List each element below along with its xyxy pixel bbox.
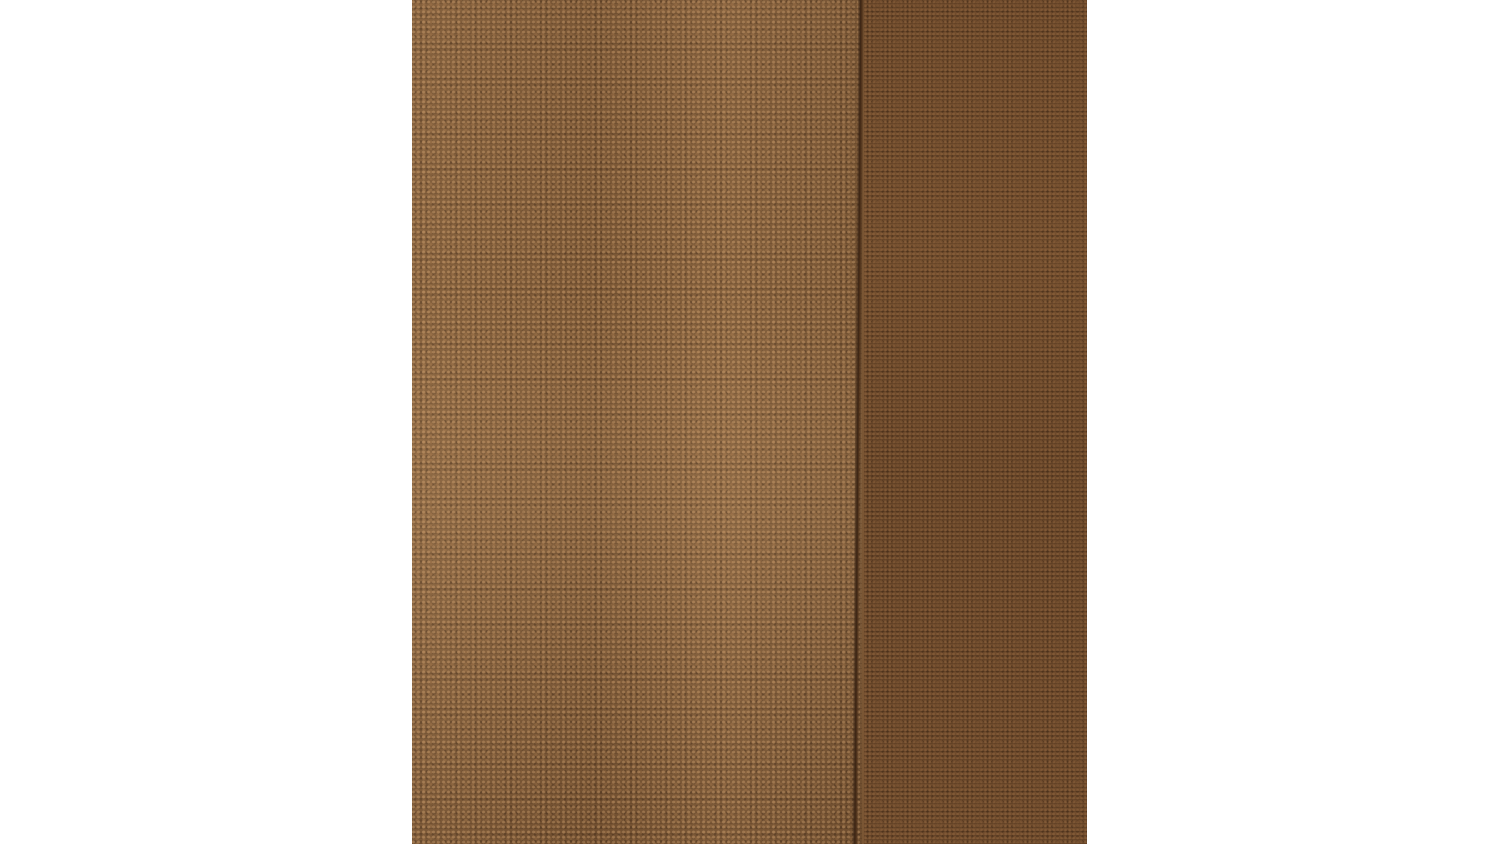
looped-pile-panel: [412, 0, 862, 844]
image-canvas: [0, 0, 1500, 844]
rug-swatch: [412, 0, 1087, 844]
cut-pile-panel: [864, 0, 1087, 844]
